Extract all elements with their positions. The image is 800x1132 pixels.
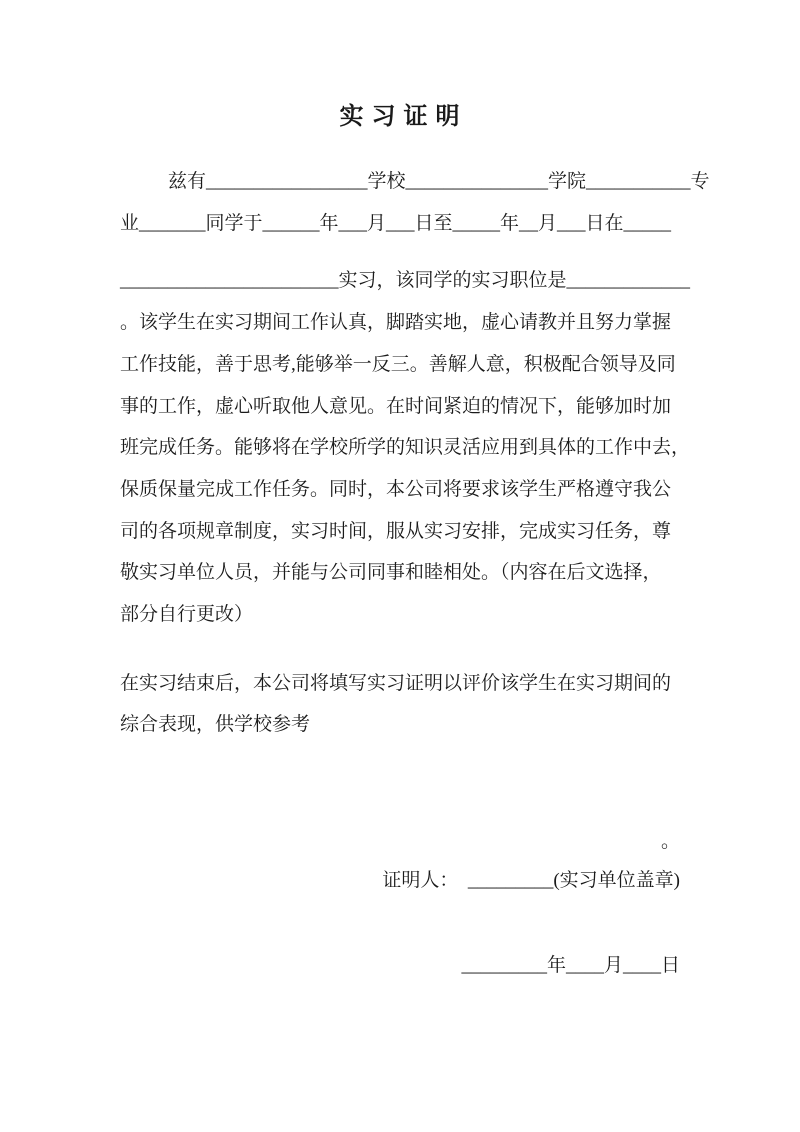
body-line: 司的各项规章制度，实习时间，服从实习安排，完成实习任务，尊: [120, 511, 680, 553]
summary-paragraph: 在实习结束后，本公司将填写实习证明以评价该学生在实习期间的 综合表现，供学校参考: [120, 663, 680, 746]
body-line: 综合表现，供学校参考: [120, 704, 680, 746]
body-line: 事的工作，虚心听取他人意见。在时间紧迫的情况下，能够加时加: [120, 386, 680, 428]
body-line: 在实习结束后，本公司将填写实习证明以评价该学生在实习期间的: [120, 663, 680, 705]
body-line: 部分自行更改）: [120, 594, 680, 636]
fill-in-line-dates: 业_______同学于______年___月___日至_____年__月___日…: [120, 203, 680, 245]
body-line: 班完成任务。能够将在学校所学的知识灵活应用到具体的工作中去，: [120, 427, 680, 469]
document-page: 实 习 证 明 兹有_________________学校___________…: [0, 0, 800, 1132]
fill-in-line-position: _______________________实习，该同学的实习职位是_____…: [120, 260, 680, 302]
document-content: 实 习 证 明 兹有_________________学校___________…: [0, 0, 800, 987]
signature-date-line: _________年____月____日: [120, 945, 680, 987]
body-line: 。该学生在实习期间工作认真，脚踏实地，虚心请教并且努力掌握: [120, 302, 680, 344]
signer-seal-line: 证明人： _________(实习单位盖章): [120, 860, 680, 902]
intro-paragraph: 兹有_________________学校_______________学院__…: [120, 161, 680, 244]
fill-in-line-school: 兹有_________________学校_______________学院__…: [120, 161, 680, 203]
body-paragraph: _______________________实习，该同学的实习职位是_____…: [120, 260, 680, 635]
body-line: 敬实习单位人员，并能与公司同事和睦相处。（内容在后文选择，: [120, 552, 680, 594]
closing-period-mark: 。: [120, 824, 680, 860]
body-line: 工作技能，善于思考,能够举一反三。善解人意，积极配合领导及同: [120, 344, 680, 386]
body-line: 保质保量完成工作任务。同时，本公司将要求该学生严格遵守我公: [120, 469, 680, 511]
doc-title: 实 习 证 明: [120, 0, 680, 132]
